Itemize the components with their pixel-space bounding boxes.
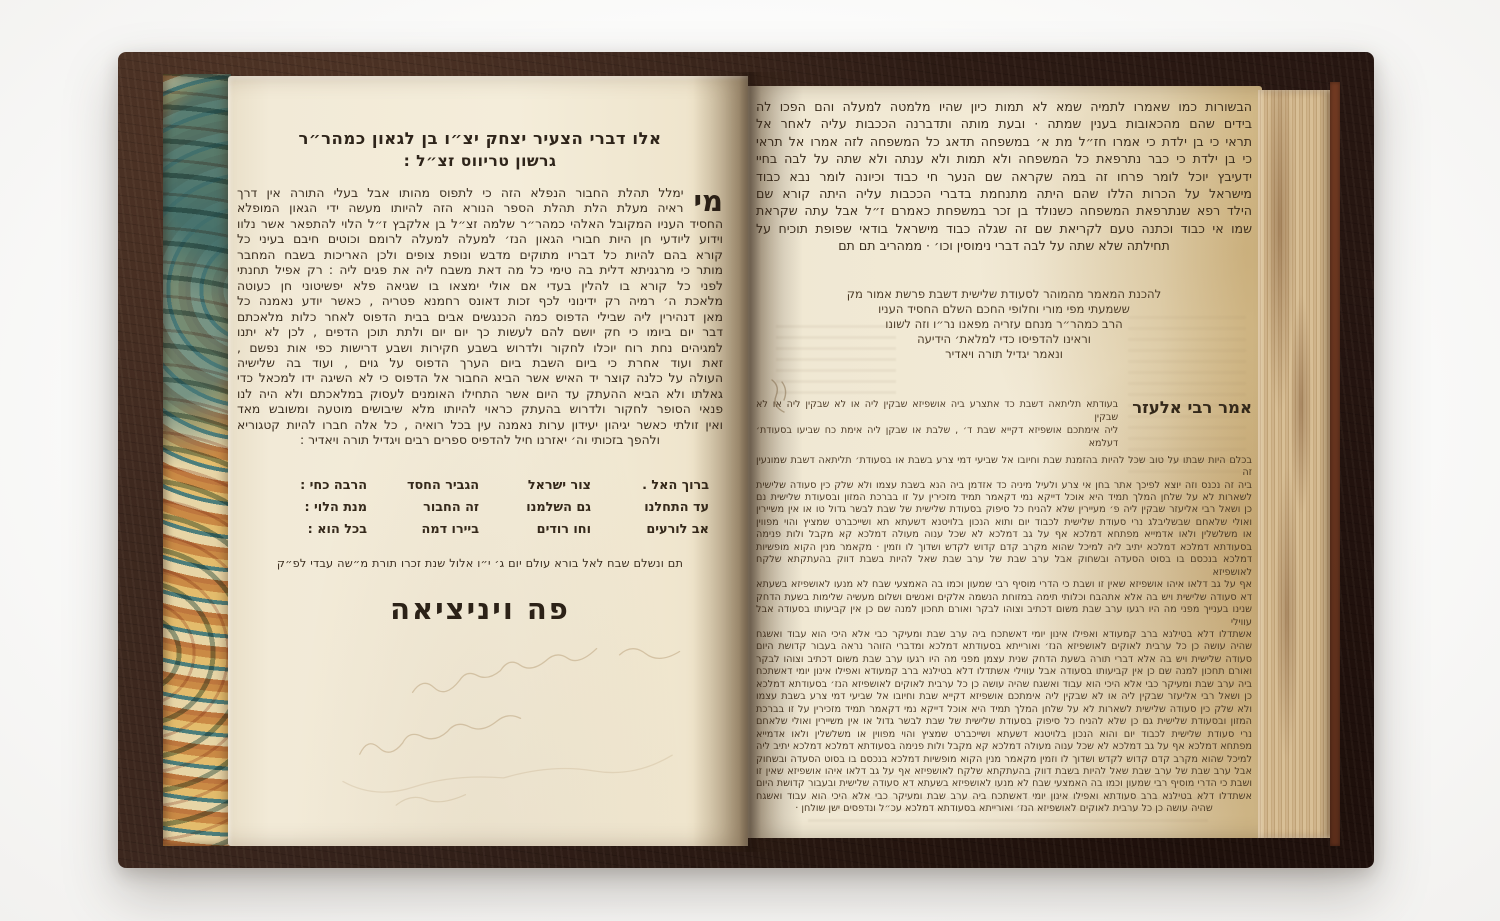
left-page-content: אלו דברי הצעיר יצחק יצ״ו בן לגאון כמהר״ר… [237, 76, 723, 846]
maamar-heading-line: ונאמר יגדיל תורה ויאדיר [756, 347, 1252, 362]
maamar-body-lines: בכלם היות שבתו על טוב שכל להיות בהזמנת ש… [756, 455, 1252, 804]
poem-cell: מנת הלוי : [263, 497, 381, 519]
right-page: הבשורות כמו שאמרו לתמיה שמא לא תמות כיון… [748, 86, 1262, 838]
maamar-body-line: בסעודתא דמלכא דמלכא יתיב ליה למיכל שהוא … [756, 542, 1252, 554]
maamar-heading-line: ששמעתי מפי מורי וחלופי החכם השלם החסיד ה… [756, 302, 1252, 317]
maamar-heading-line: הרב כמהר״ר מנחם עזריה מפאנו נר״ו וזה לשו… [756, 317, 1252, 332]
commentary-paragraph: הבשורות כמו שאמרו לתמיה שמא לא תמות כיון… [756, 98, 1252, 255]
poem-cell: אב לורעים [605, 519, 723, 541]
preface-line: ראיה מעלת הלת תהלת הספר הנורא הזה להיותו… [237, 201, 723, 216]
preface-line: מאן דנהירין ליה שבילי הדפוס כמה הכנגשים … [237, 310, 723, 325]
commentary-line: תראי כי בן ילדת כי אמרו חז״ל מת א׳ במשפח… [756, 133, 1252, 150]
preface-line: וידוע ליודעי חן היות חבורי הגאון הנז׳ למ… [237, 232, 723, 247]
commentary-line: הילד רפא שנתרפאת המשפחה כשנולד בן זכר במ… [756, 202, 1252, 219]
marbled-swirl [163, 74, 231, 846]
maamar-body-line: נרי סעודת שלישית לכבוד יום והוא הנכון בל… [756, 729, 1252, 741]
poem-cell: וחו רודים [493, 519, 605, 541]
preface-line: קורא בהם להיות כל דבריו מתוקים מדבש ונופ… [237, 248, 723, 263]
maamar-body-line: ושבת כי הדרי מוסיף רבי שמעון וכמו בה האמ… [756, 778, 1252, 790]
initial-word: מי [693, 188, 723, 214]
preface-line: מלאכת ה׳ רמיה רק ידינוני לכף זכות דאונס … [237, 294, 723, 309]
maamar-body-line: כן ושאל רבי אליעזר שבקין ליה או לא שבקין… [756, 691, 1252, 703]
preface-line: לפני כל קורא בו להלין בעדי אם אולי ימצאו… [237, 279, 723, 294]
editor-title-line2: גרשון טריווס זצ״ל : [237, 150, 723, 172]
preface-line: החסיד העניו המקובל האלהי כמהר״ר שלמה זצ״… [237, 217, 723, 232]
section-intro-line: ליה אימתכם אושפיזא דקייא שבת ד׳ , שלבת א… [756, 424, 1118, 450]
maamar-body-line: ואורם תחכון למנה שם כן אין קביעותו בסעוד… [756, 666, 1252, 678]
maamar-body-line: למיכל שהוא מקרב קדם קדוש לקדש ושדוך לו ו… [756, 754, 1252, 766]
preface-line: העולה על כלנה קוצר יד האיש אשר הביא החבו… [237, 371, 723, 386]
poem-cell: גם השלמנו [493, 497, 605, 519]
maamar-body-line: לשארות לא על שלחן המלך תמיד היא אוכל דיי… [756, 492, 1252, 504]
maamar-body-line: סעודה שלישית ויש בה אלא דברי תורה בשעת ה… [756, 654, 1252, 666]
poem-cell: עד התחלנו [605, 497, 723, 519]
maamar-body-line: ואולי שלאחם שבשליבלג נרי סעודת שלישית לכ… [756, 517, 1252, 529]
poem-cell: הרבה כחי : [263, 475, 381, 497]
maamar-body-line: דמלכא בנכסם בו בסוט הסעדה ובשחוק אבל ערב… [756, 554, 1252, 579]
preface-line: ימלל תהלת החבור הנפלא הזה כי לתפוס מהותו… [237, 186, 723, 201]
commentary-lines: הבשורות כמו שאמרו לתמיה שמא לא תמות כיון… [756, 98, 1252, 237]
marbled-endpaper [163, 74, 231, 846]
commentary-last-line: תחילתה שלא שתה על לבה דברי נימוסין וכו׳ … [756, 237, 1252, 254]
section-header-amar-rabbi-elazar: אמר רבי אלעזר [1132, 398, 1252, 417]
commentary-line: בידים שהם מהכאובות בענין שמתה · ובעת מות… [756, 115, 1252, 132]
maamar-body-line: שנינו בענייך מפני מה היו רגעו ערב שבת מש… [756, 604, 1252, 629]
commentary-line: כי בן ילדת כי כבר נתרפאת כל המשפחה ולא ת… [756, 150, 1252, 167]
commentary-line: ידעיבץ יוכל לומר פרחו זה במה שקראה שם הנ… [756, 168, 1252, 185]
maamar-body-line: מפתחא דמלכא אף על גב דמלכא לא שכל ענוה מ… [756, 741, 1252, 753]
preface-last-line: ולהפך בזכותי וה׳ יאזרנו חיל להדפיס ספרים… [237, 433, 723, 448]
section-intro-line: בעודתא תליתאה דשבת כד אתצרע ביה אושפיזא … [756, 398, 1118, 424]
maamar-body-line: ביה ערב שבת ומעיקר כבי אלא היכי הוא עבוד… [756, 679, 1252, 691]
maamar-heading-block: להכנת המאמר מהמוהר לסעודת שלישית דשבת פר… [756, 287, 1252, 362]
poem-cell: זה החבור [381, 497, 493, 519]
maamar-body-line: אשתדלו דלא בטילנא ברב קמעודא ואפילו אינו… [756, 629, 1252, 641]
maamar-body-line: אבל ערב שבת של ערב שבת שאל להיות בשבת דו… [756, 766, 1252, 778]
maamar-body-line: המזון ובסעודת שלישית גם כן שלא להניח כל … [756, 716, 1252, 728]
maamar-body-line: דא סעודה שלישית ויש בה אלא אתהבח וכלותי … [756, 592, 1252, 604]
editor-title: אלו דברי הצעיר יצחק יצ״ו בן לגאון כמהר״ר… [237, 128, 723, 172]
preface-line: זאת ועוד אחרת כי ביום השבת ביום הערך הדפ… [237, 356, 723, 371]
editor-title-line1: אלו דברי הצעיר יצחק יצ״ו בן לגאון כמהר״ר [237, 128, 723, 150]
maamar-heading-line: להכנת המאמר מהמוהר לסעודת שלישית דשבת פר… [756, 287, 1252, 302]
preface-line: ואין זולתי כאשר יגיהון יעידון ערות נאמנה… [237, 418, 723, 433]
preface-line: למגיהים נחת רוח יוכלו לחקור ולדרוש בשבע … [237, 341, 723, 356]
poem-cell: ביירו דמה [381, 519, 493, 541]
maamar-body: בכלם היות שבתו על טוב שכל להיות בהזמנת ש… [756, 455, 1252, 816]
maamar-body-line: או משלשלין ולאו אדמייא מפתחא דמלכא אף על… [756, 529, 1252, 541]
book: אלו דברי הצעיר יצחק יצ״ו בן לגאון כמהר״ר… [118, 52, 1374, 868]
cover-inner-edge [1330, 82, 1340, 846]
maamar-last-line: שהיה עושה כן כל ערבית לאוקים לאושפיזא הנ… [756, 803, 1252, 815]
maamar-body-line: בכלם היות שבתו על טוב שכל להיות בהזמנת ש… [756, 455, 1252, 480]
poem-cell: הגביר החסד [381, 475, 493, 497]
maamar-heading-line: וראינו להדפיסו כדי למלאת׳ הידיעה [756, 332, 1252, 347]
maamar-body-line: כן ושאל רבי אליעזר שבקין ליה פ׳ מעיירין … [756, 504, 1252, 516]
preface-lines: ימלל תהלת החבור הנפלא הזה כי לתפוס מהותו… [237, 186, 723, 433]
right-page-content: הבשורות כמו שאמרו לתמיה שמא לא תמות כיון… [756, 86, 1252, 838]
maamar-body-line: ביה זה נכנס וזה יוצא לפיכך אתר בחן אי צר… [756, 480, 1252, 492]
preface-line: דבר יום ביומו כי חק יושם להם לעשות כך יו… [237, 325, 723, 340]
commentary-line: מישראל על הכרות הללו שהם היתה מתנחמת בדב… [756, 185, 1252, 202]
poem-cell: בכל הוא : [263, 519, 381, 541]
maamar-body-line: אשתדלו דלא בטילנא ברב סעודתא ואפילו אינו… [756, 791, 1252, 803]
commentary-line: הבשורות כמו שאמרו לתמיה שמא לא תמות כיון… [756, 98, 1252, 115]
colophon-poem: ברוך האל .צור ישראלהגביר החסדהרבה כחי :ע… [237, 475, 723, 541]
poem-cell: ברוך האל . [605, 475, 723, 497]
maamar-body-line: שהיה עושה כן כל ערבית לאוקים לאושפיזא הנ… [756, 641, 1252, 653]
imprint-venice: פה ויניציאה [237, 592, 723, 626]
preface-line: גאלתו ולא הביא ההעתק עד היום אשר התחילו … [237, 387, 723, 402]
left-page: אלו דברי הצעיר יצחק יצ״ו בן לגאון כמהר״ר… [228, 76, 748, 846]
text-block-fore-edge [1258, 90, 1330, 838]
colophon-line: תם ונשלם שבח לאל בורא עולם יום ג׳ י״ו אל… [237, 557, 723, 570]
editor-preface: מי ימלל תהלת החבור הנפלא הזה כי לתפוס מה… [237, 186, 723, 449]
maamar-section: אמר רבי אלעזר בעודתא תליתאה דשבת כד אתצר… [756, 398, 1252, 450]
section-intro: בעודתא תליתאה דשבת כד אתצרע ביה אושפיזא … [756, 398, 1118, 450]
poem-cell: צור ישראל [493, 475, 605, 497]
maamar-body-line: אף על גב דלאו איהו אושפיזא שאין זו ושבת … [756, 579, 1252, 591]
commentary-line: שמו אי כבוד וכתנה טעם לקריאת שם זה שגלה … [756, 220, 1252, 237]
preface-line: מותר כי מרגניתא דלית בה טימי כל מה דאת מ… [237, 263, 723, 278]
maamar-body-line: ולא שלק כין סעודה שלישית לשארות לא על של… [756, 704, 1252, 716]
preface-line: פנאי הסופר לחקור ולדרוש בהעתק כראוי להיו… [237, 402, 723, 417]
